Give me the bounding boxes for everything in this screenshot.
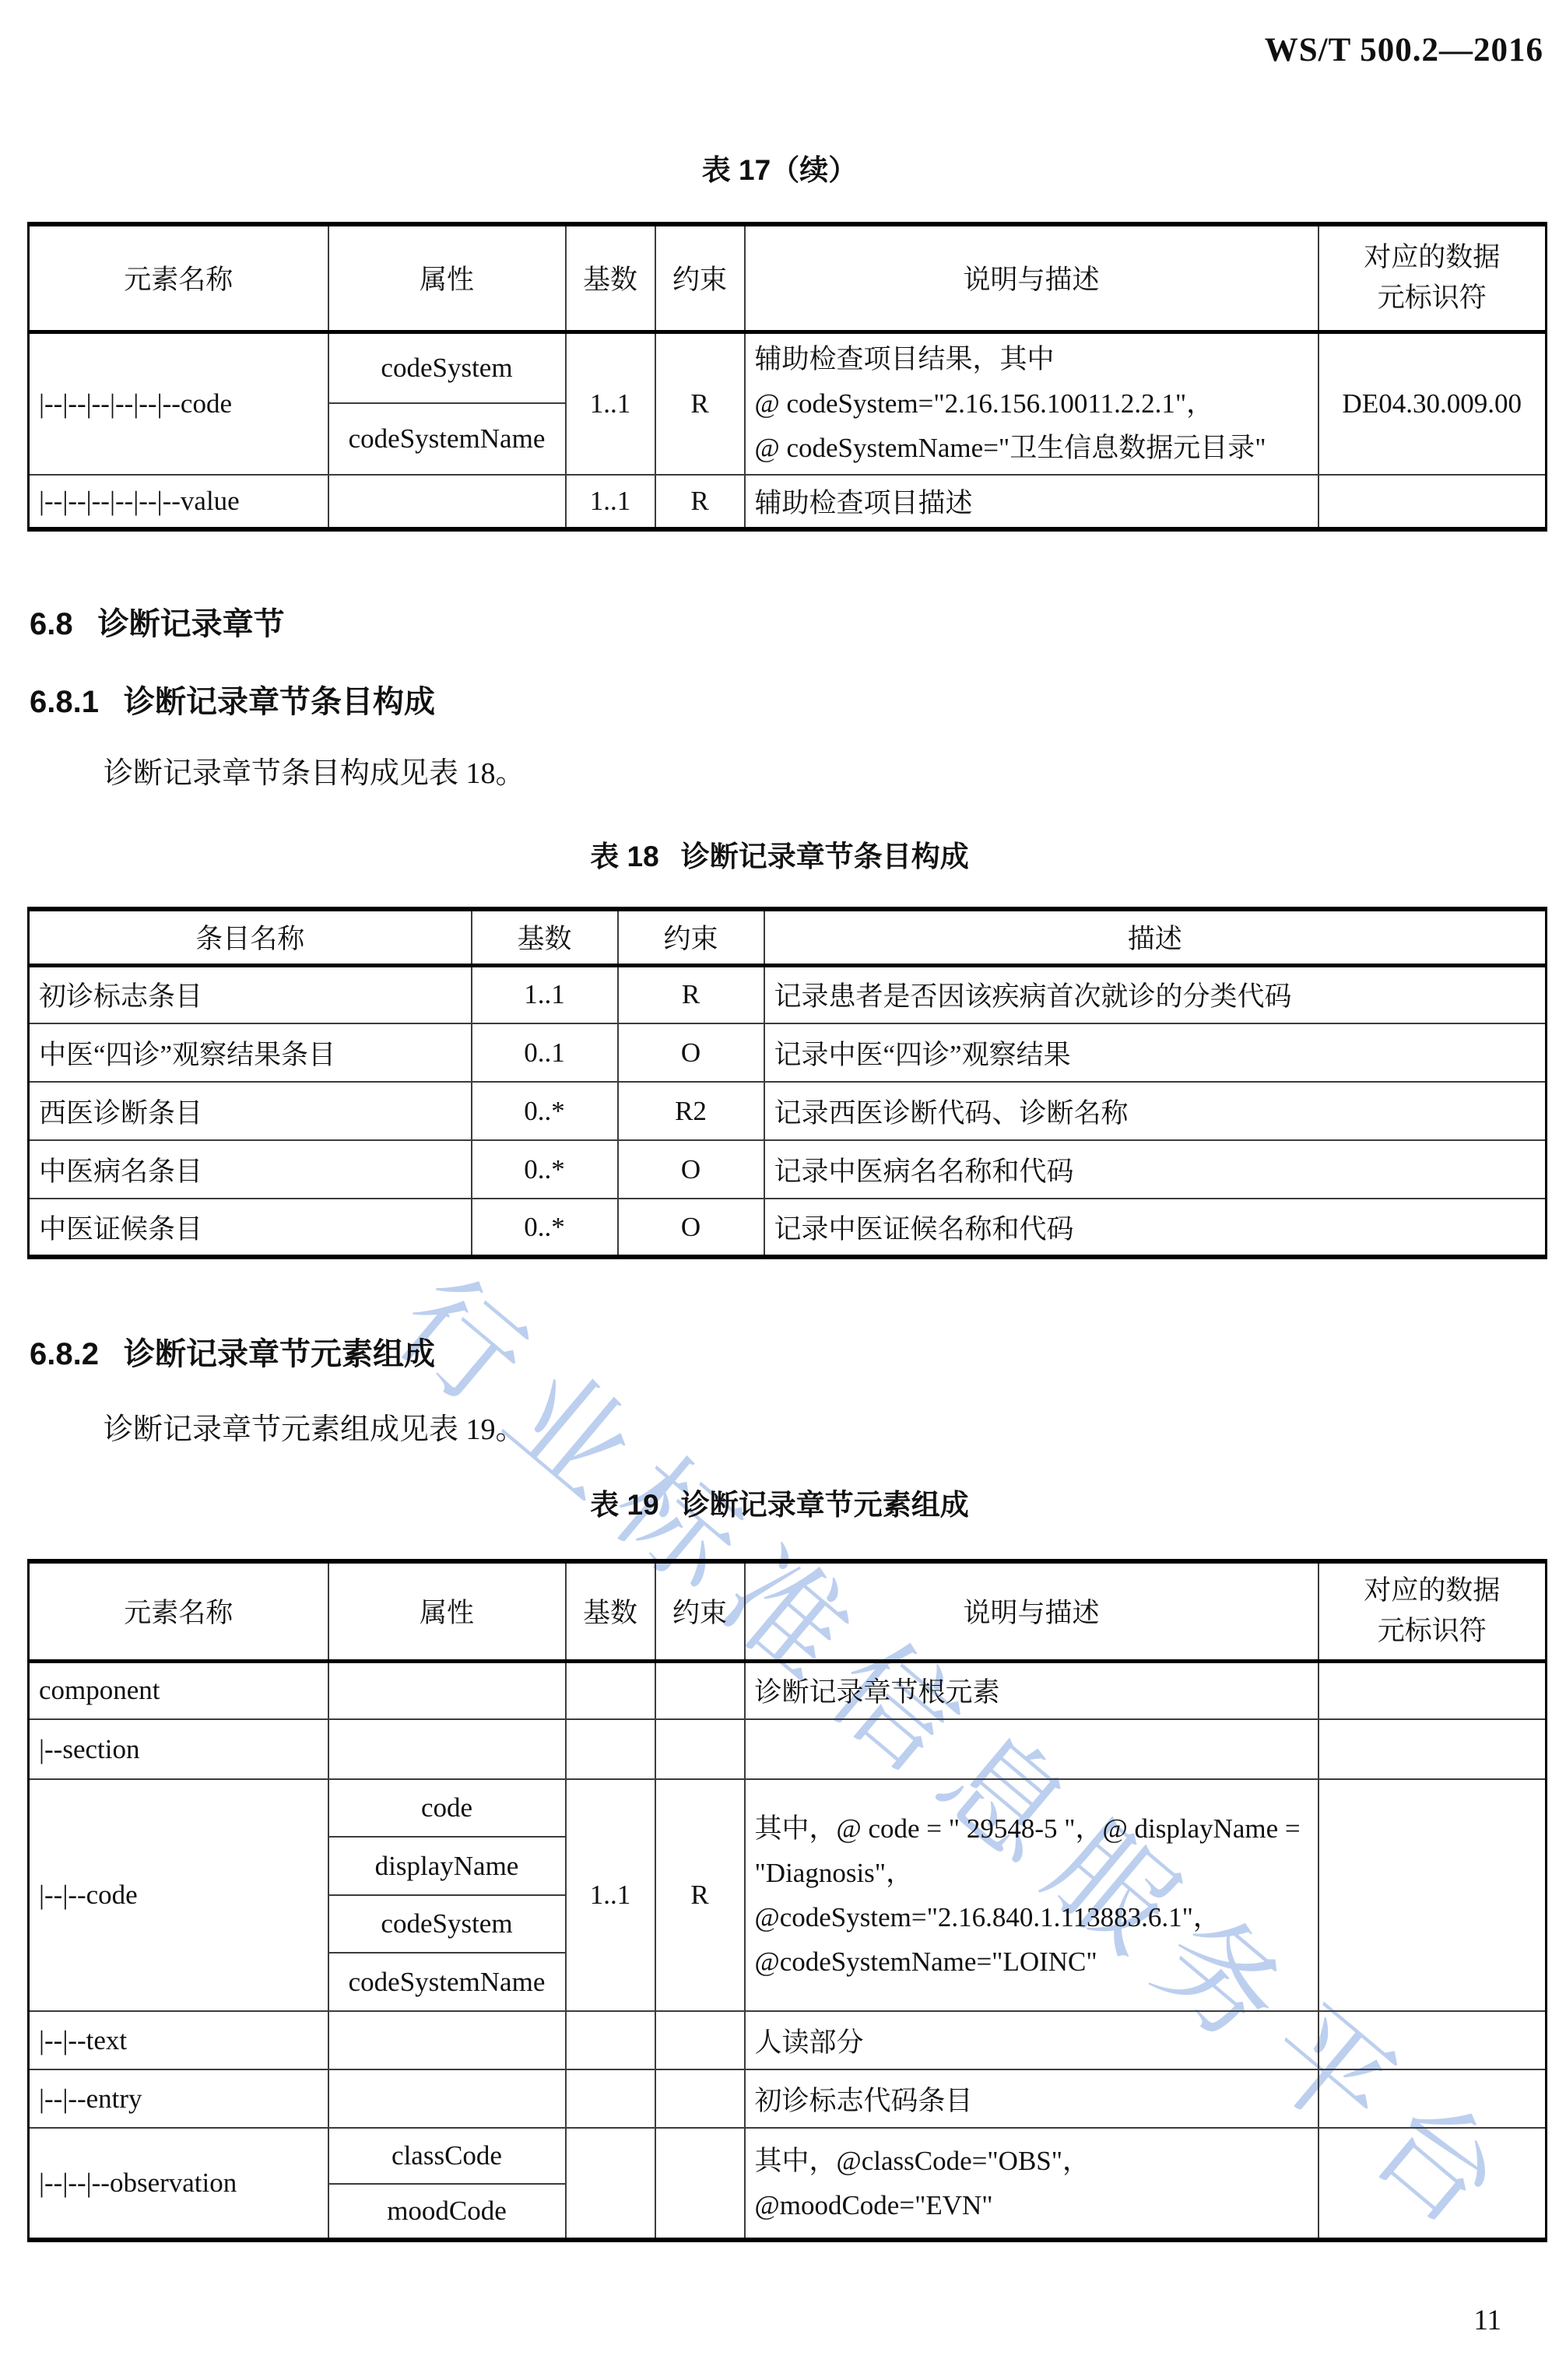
data-element-id-cell [1318, 2069, 1547, 2128]
table18-header-card: 基数 [472, 909, 618, 965]
description-cell: 记录中医“四诊”观察结果 [764, 1023, 1547, 1082]
table-row: |--|--|--|--|--|--value 1..1 R 辅助检查项目描述 [29, 475, 1547, 529]
element-name-cell: |--|--|--|--|--|--value [29, 475, 328, 529]
paragraph-6-8-2: 诊断记录章节元素组成见表 19。 [104, 1405, 525, 1448]
table19-title-text: 诊断记录章节元素组成 [681, 1489, 969, 1521]
page-number: 11 [1473, 2304, 1501, 2337]
element-name-cell: |--|--|--observation [29, 2128, 328, 2240]
cardinality-cell: 1..1 [566, 475, 655, 529]
cardinality-cell [566, 2069, 655, 2128]
data-element-id-cell [1318, 1779, 1547, 2011]
section-6-8-2-heading: 6.8.2诊断记录章节元素组成 [30, 1329, 435, 1374]
attribute-cell: displayName [328, 1837, 566, 1895]
attribute-cell [328, 475, 566, 529]
element-name-cell: |--|--text [29, 2011, 328, 2069]
constraint-cell: R [655, 332, 745, 475]
element-name-cell: |--|--code [29, 1779, 328, 2011]
table-row: |--|--text 人读部分 [29, 2011, 1547, 2069]
cardinality-cell [566, 1661, 655, 1719]
table-row: component 诊断记录章节根元素 [29, 1661, 1547, 1719]
cardinality-cell: 1..1 [566, 1779, 655, 2011]
table-row: |--|--entry 初诊标志代码条目 [29, 2069, 1547, 2128]
data-element-id-cell: DE04.30.009.00 [1318, 332, 1547, 475]
table19-header-attr: 属性 [328, 1561, 566, 1661]
description-cell: 记录患者是否因该疾病首次就诊的分类代码 [764, 965, 1547, 1023]
description-cell: 其中，@classCode="OBS"， @moodCode="EVN" [745, 2128, 1318, 2240]
attribute-cell: code [328, 1779, 566, 1837]
data-element-id-cell [1318, 1661, 1547, 1719]
cardinality-cell: 0..* [472, 1199, 618, 1257]
element-name-cell: |--section [29, 1719, 328, 1779]
table18-header-name: 条目名称 [29, 909, 472, 965]
table17-title: 表 17（续） [0, 146, 1559, 188]
table18-title-text: 诊断记录章节条目构成 [681, 841, 969, 872]
table17-header-attr: 属性 [328, 224, 566, 332]
description-cell: 记录西医诊断代码、诊断名称 [764, 1082, 1547, 1140]
table17: 元素名称 属性 基数 约束 说明与描述 对应的数据 元标识符 |--|--|--… [27, 222, 1547, 532]
entry-name-cell: 中医病名条目 [29, 1140, 472, 1199]
description-cell: 记录中医病名名称和代码 [764, 1140, 1547, 1199]
table-row: |--|--|--observation classCode 其中，@class… [29, 2128, 1547, 2184]
element-name-cell: component [29, 1661, 328, 1719]
table18-header-cons: 约束 [618, 909, 764, 965]
table19-header-cons: 约束 [655, 1561, 745, 1661]
element-name-cell: |--|--|--|--|--|--code [29, 332, 328, 475]
description-cell [745, 1719, 1318, 1779]
section-title: 诊断记录章节元素组成 [124, 1337, 435, 1371]
constraint-cell: R2 [618, 1082, 764, 1140]
attribute-cell: codeSystemName [328, 403, 566, 475]
table18-title-label: 表 18 [590, 841, 658, 872]
entry-name-cell: 初诊标志条目 [29, 965, 472, 1023]
description-cell: 辅助检查项目结果，其中 @ codeSystem="2.16.156.10011… [745, 332, 1318, 475]
element-name-cell: |--|--entry [29, 2069, 328, 2128]
section-6-8-1-heading: 6.8.1诊断记录章节条目构成 [30, 677, 435, 721]
table-row: 中医病名条目 0..* O 记录中医病名名称和代码 [29, 1140, 1547, 1199]
entry-name-cell: 西医诊断条目 [29, 1082, 472, 1140]
table19-header-row: 元素名称 属性 基数 约束 说明与描述 对应的数据 元标识符 [29, 1561, 1547, 1661]
entry-name-cell: 中医证候条目 [29, 1199, 472, 1257]
section-title: 诊断记录章节 [98, 607, 285, 641]
table17-header-de: 对应的数据 元标识符 [1318, 224, 1547, 332]
table17-header-desc: 说明与描述 [745, 224, 1318, 332]
table18: 条目名称 基数 约束 描述 初诊标志条目 1..1 R 记录患者是否因该疾病首次… [27, 907, 1547, 1259]
table19-title: 表 19诊断记录章节元素组成 [0, 1481, 1559, 1523]
cardinality-cell: 0..* [472, 1082, 618, 1140]
attribute-cell: codeSystem [328, 1895, 566, 1953]
description-cell: 诊断记录章节根元素 [745, 1661, 1318, 1719]
attribute-cell: codeSystem [328, 332, 566, 403]
section-number: 6.8.1 [30, 685, 99, 719]
table17-header-cons: 约束 [655, 224, 745, 332]
section-6-8-heading: 6.8诊断记录章节 [30, 599, 285, 644]
constraint-cell [655, 1661, 745, 1719]
table-row: |--|--|--|--|--|--code codeSystem 1..1 R… [29, 332, 1547, 403]
attribute-cell [328, 2069, 566, 2128]
table-row: 初诊标志条目 1..1 R 记录患者是否因该疾病首次就诊的分类代码 [29, 965, 1547, 1023]
constraint-cell [655, 2011, 745, 2069]
data-element-id-cell [1318, 1719, 1547, 1779]
table19-header-de: 对应的数据 元标识符 [1318, 1561, 1547, 1661]
data-element-id-cell [1318, 475, 1547, 529]
table-row: 中医“四诊”观察结果条目 0..1 O 记录中医“四诊”观察结果 [29, 1023, 1547, 1082]
table-row: |--|--code code 1..1 R 其中，@ code = " 295… [29, 1779, 1547, 1837]
table18-header-desc: 描述 [764, 909, 1547, 965]
data-element-id-cell [1318, 2128, 1547, 2240]
attribute-cell: codeSystemName [328, 1953, 566, 2011]
table19-header-card: 基数 [566, 1561, 655, 1661]
section-number: 6.8.2 [30, 1337, 99, 1371]
constraint-cell [655, 2069, 745, 2128]
cardinality-cell: 1..1 [566, 332, 655, 475]
cardinality-cell: 1..1 [472, 965, 618, 1023]
paragraph-6-8-1: 诊断记录章节条目构成见表 18。 [104, 749, 525, 792]
description-cell: 其中，@ code = " 29548-5 "，@ displayName = … [745, 1779, 1318, 2011]
table19: 元素名称 属性 基数 约束 说明与描述 对应的数据 元标识符 component… [27, 1559, 1547, 2242]
cardinality-cell [566, 1719, 655, 1779]
section-number: 6.8 [30, 607, 73, 641]
table17-header-card: 基数 [566, 224, 655, 332]
constraint-cell [655, 2128, 745, 2240]
description-cell: 辅助检查项目描述 [745, 475, 1318, 529]
description-cell: 初诊标志代码条目 [745, 2069, 1318, 2128]
constraint-cell: R [655, 1779, 745, 2011]
constraint-cell: O [618, 1140, 764, 1199]
table18-title: 表 18诊断记录章节条目构成 [0, 833, 1559, 875]
attribute-cell [328, 2011, 566, 2069]
cardinality-cell: 0..* [472, 1140, 618, 1199]
table19-header-name: 元素名称 [29, 1561, 328, 1661]
table17-header-row: 元素名称 属性 基数 约束 说明与描述 对应的数据 元标识符 [29, 224, 1547, 332]
data-element-id-cell [1318, 2011, 1547, 2069]
constraint-cell: O [618, 1023, 764, 1082]
table-row: |--section [29, 1719, 1547, 1779]
table-row: 西医诊断条目 0..* R2 记录西医诊断代码、诊断名称 [29, 1082, 1547, 1140]
table19-header-desc: 说明与描述 [745, 1561, 1318, 1661]
attribute-cell [328, 1719, 566, 1779]
standard-number: WS/T 500.2—2016 [1265, 31, 1543, 69]
section-title: 诊断记录章节条目构成 [124, 685, 435, 719]
constraint-cell [655, 1719, 745, 1779]
table18-header-row: 条目名称 基数 约束 描述 [29, 909, 1547, 965]
constraint-cell: O [618, 1199, 764, 1257]
cardinality-cell: 0..1 [472, 1023, 618, 1082]
description-cell: 人读部分 [745, 2011, 1318, 2069]
cardinality-cell [566, 2128, 655, 2240]
table19-title-label: 表 19 [590, 1489, 658, 1521]
entry-name-cell: 中医“四诊”观察结果条目 [29, 1023, 472, 1082]
table17-header-name: 元素名称 [29, 224, 328, 332]
attribute-cell: classCode [328, 2128, 566, 2184]
table-row: 中医证候条目 0..* O 记录中医证候名称和代码 [29, 1199, 1547, 1257]
attribute-cell: moodCode [328, 2184, 566, 2240]
constraint-cell: R [618, 965, 764, 1023]
description-cell: 记录中医证候名称和代码 [764, 1199, 1547, 1257]
constraint-cell: R [655, 475, 745, 529]
attribute-cell [328, 1661, 566, 1719]
cardinality-cell [566, 2011, 655, 2069]
